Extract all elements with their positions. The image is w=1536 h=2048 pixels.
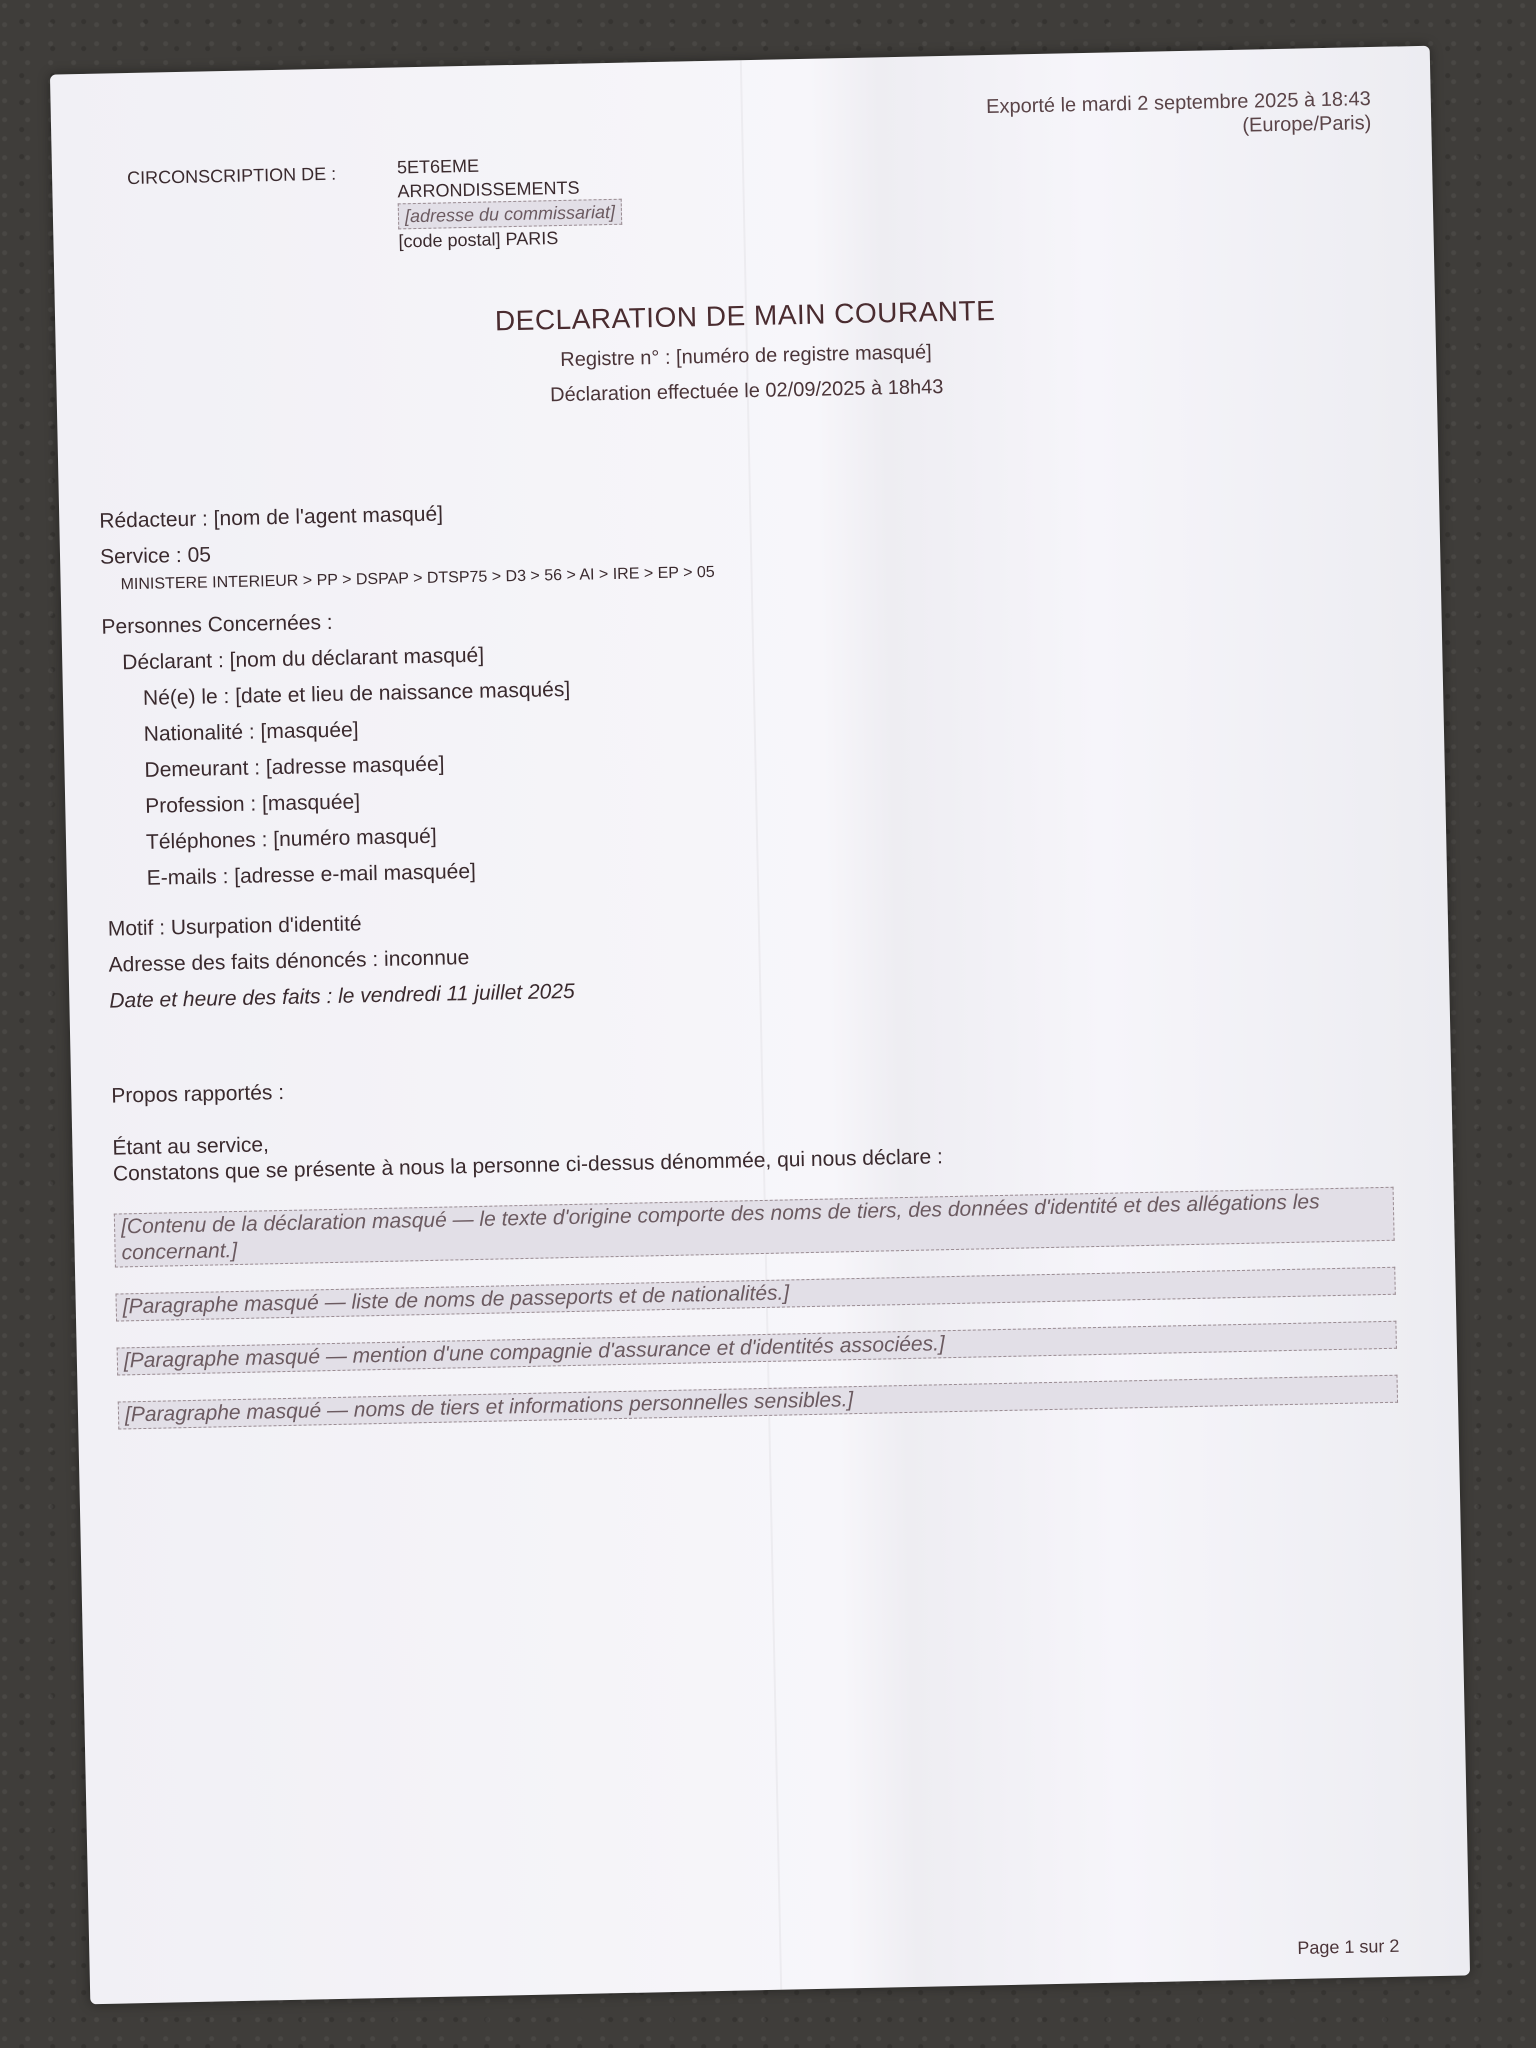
circonscription-label: CIRCONSCRIPTION DE : — [127, 164, 336, 189]
document-page: Exporté le mardi 2 septembre 2025 à 18:4… — [50, 46, 1470, 2004]
circ-line: [code postal] PARIS — [398, 225, 623, 254]
declaration-metadata: Rédacteur : [nom de l'agent masqué] Serv… — [99, 477, 1390, 1020]
page-number: Page 1 sur 2 — [1297, 1936, 1399, 1959]
circonscription-address: 5ET6EME ARRONDISSEMENTS [adresse du comm… — [397, 151, 623, 254]
export-info: Exporté le mardi 2 septembre 2025 à 18:4… — [986, 87, 1372, 143]
reported-statement: Propos rapportés : Étant au service, Con… — [111, 1057, 1398, 1430]
